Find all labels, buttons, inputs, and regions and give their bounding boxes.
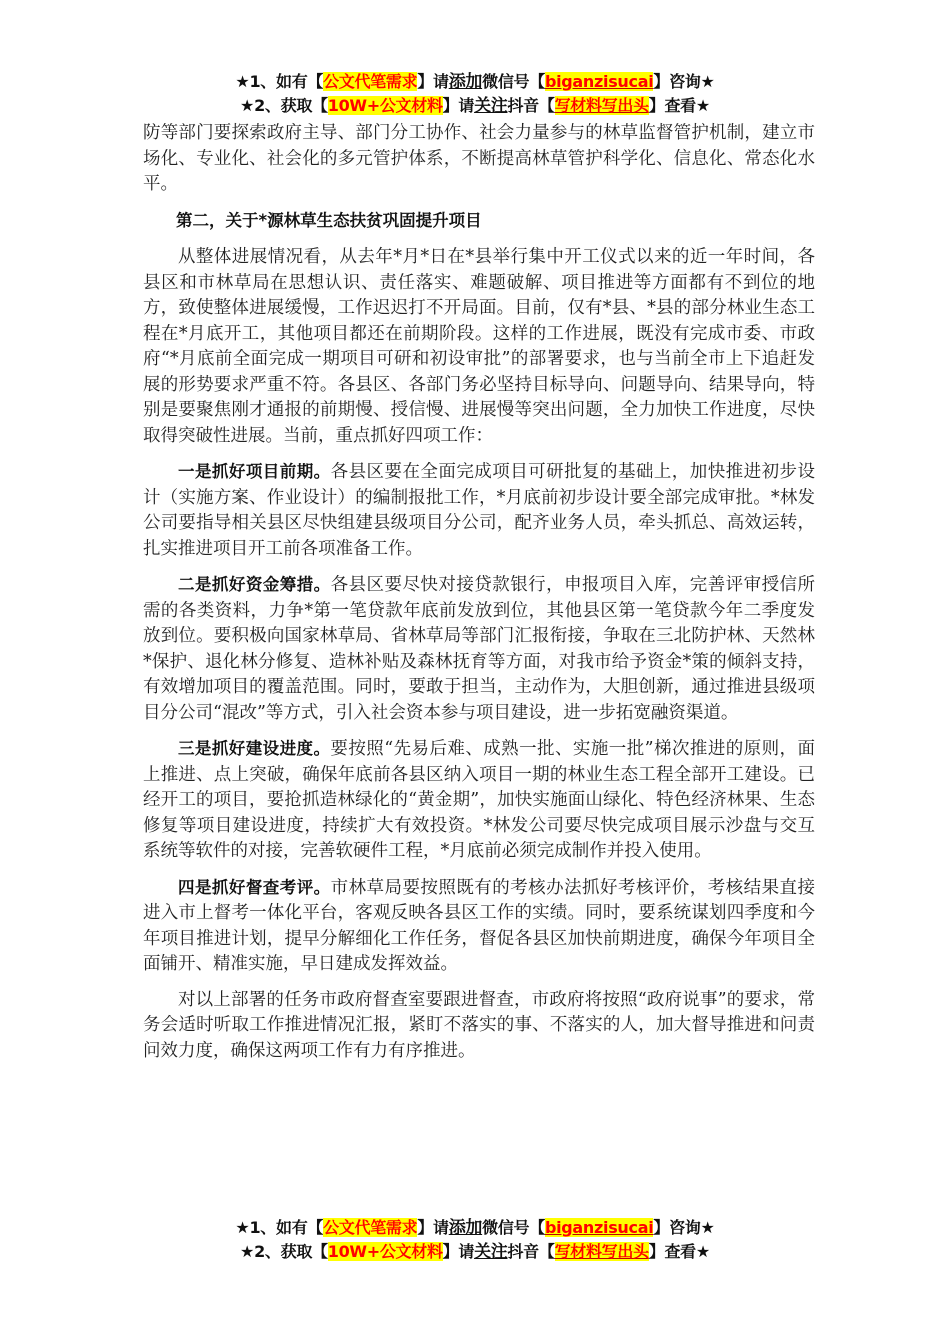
star-icon: ★	[235, 1218, 249, 1237]
paragraph-item-1: 一是抓好项目前期。各县区要在全面完成项目可研批复的基础上，加快推进初步设计（实施…	[143, 459, 815, 562]
promo-text: 1、如有【	[249, 72, 323, 91]
item-body: 各县区要尽快对接贷款银行，申报项目入库，完善评审授信所需的各类资料，力争*第一笔…	[143, 575, 815, 723]
promo-underlined: 添加	[449, 72, 482, 92]
promo-underlined: 关注	[474, 96, 507, 116]
paragraph-closing: 对以上部署的任务市政府督查室要跟进督查，市政府将按照“政府说事”的要求，常务会适…	[143, 988, 815, 1065]
promo-line-2: ★2、获取【10W+公文材料】请关注抖音【写材料写出头】查看★	[0, 94, 950, 118]
promo-text: 微信号【	[482, 72, 545, 91]
wechat-id: biganzisucai	[545, 1218, 653, 1237]
item-lead: 一是抓好项目前期。	[178, 462, 331, 481]
promo-highlight: 公文代笔需求	[323, 72, 417, 91]
promo-underlined: 添加	[449, 1218, 482, 1238]
promo-text: 】请	[417, 72, 448, 91]
douyin-id: 写材料写出头	[555, 1242, 649, 1261]
paragraph-item-3: 三是抓好建设进度。要按照“先易后难、成熟一批、实施一批”梯次推进的原则，面上推进…	[143, 736, 815, 865]
promo-underlined: 关注	[474, 1242, 507, 1262]
promo-line-2: ★2、获取【10W+公文材料】请关注抖音【写材料写出头】查看★	[0, 1240, 950, 1264]
promo-banner-bottom: ★1、如有【公文代笔需求】请添加微信号【biganzisucai】咨询★ ★2、…	[0, 1216, 950, 1264]
paragraph-item-2: 二是抓好资金筹措。各县区要尽快对接贷款银行，申报项目入库，完善评审授信所需的各类…	[143, 572, 815, 726]
star-icon: ★	[696, 1242, 710, 1261]
item-lead: 二是抓好资金筹措。	[178, 575, 331, 594]
wechat-id: biganzisucai	[545, 72, 653, 91]
promo-text: 】请	[443, 1242, 474, 1261]
promo-line-1: ★1、如有【公文代笔需求】请添加微信号【biganzisucai】咨询★	[0, 1216, 950, 1240]
promo-highlight: 10W+公文材料	[328, 1242, 443, 1261]
douyin-id: 写材料写出头	[555, 96, 649, 115]
promo-highlight: 公文代笔需求	[323, 1218, 417, 1237]
promo-text: 】请	[443, 96, 474, 115]
star-icon: ★	[701, 72, 715, 91]
promo-text: 抖音【	[507, 1242, 554, 1261]
promo-text: 2、获取【	[254, 96, 328, 115]
promo-highlight: 10W+公文材料	[328, 96, 443, 115]
promo-text: 】咨询	[653, 72, 700, 91]
promo-text: 1、如有【	[249, 1218, 323, 1237]
promo-text: 】请	[417, 1218, 448, 1237]
star-icon: ★	[696, 96, 710, 115]
item-lead: 四是抓好督查考评。	[178, 878, 331, 897]
promo-text: 】查看	[649, 1242, 696, 1261]
star-icon: ★	[240, 96, 254, 115]
star-icon: ★	[235, 72, 249, 91]
paragraph-item-4: 四是抓好督查考评。市林草局要按照既有的考核办法抓好考核评价，考核结果直接进入市上…	[143, 875, 815, 978]
section-heading: 第二，关于*源林草生态扶贫巩固提升项目	[143, 208, 815, 234]
star-icon: ★	[701, 1218, 715, 1237]
document-body: 防等部门要探索政府主导、部门分工协作、社会力量参与的林草监督管护机制，建立市场化…	[143, 121, 815, 1074]
star-icon: ★	[240, 1242, 254, 1261]
paragraph-continuation: 防等部门要探索政府主导、部门分工协作、社会力量参与的林草监督管护机制，建立市场化…	[143, 121, 815, 198]
paragraph-intro: 从整体进展情况看，从去年*月*日在*县举行集中开工仪式以来的近一年时间，各县区和…	[143, 245, 815, 449]
promo-text: 】咨询	[653, 1218, 700, 1237]
item-lead: 三是抓好建设进度。	[178, 739, 330, 758]
promo-text: 2、获取【	[254, 1242, 328, 1261]
promo-banner-top: ★1、如有【公文代笔需求】请添加微信号【biganzisucai】咨询★ ★2、…	[0, 70, 950, 118]
promo-text: 】查看	[649, 96, 696, 115]
promo-line-1: ★1、如有【公文代笔需求】请添加微信号【biganzisucai】咨询★	[0, 70, 950, 94]
promo-text: 抖音【	[507, 96, 554, 115]
promo-text: 微信号【	[482, 1218, 545, 1237]
